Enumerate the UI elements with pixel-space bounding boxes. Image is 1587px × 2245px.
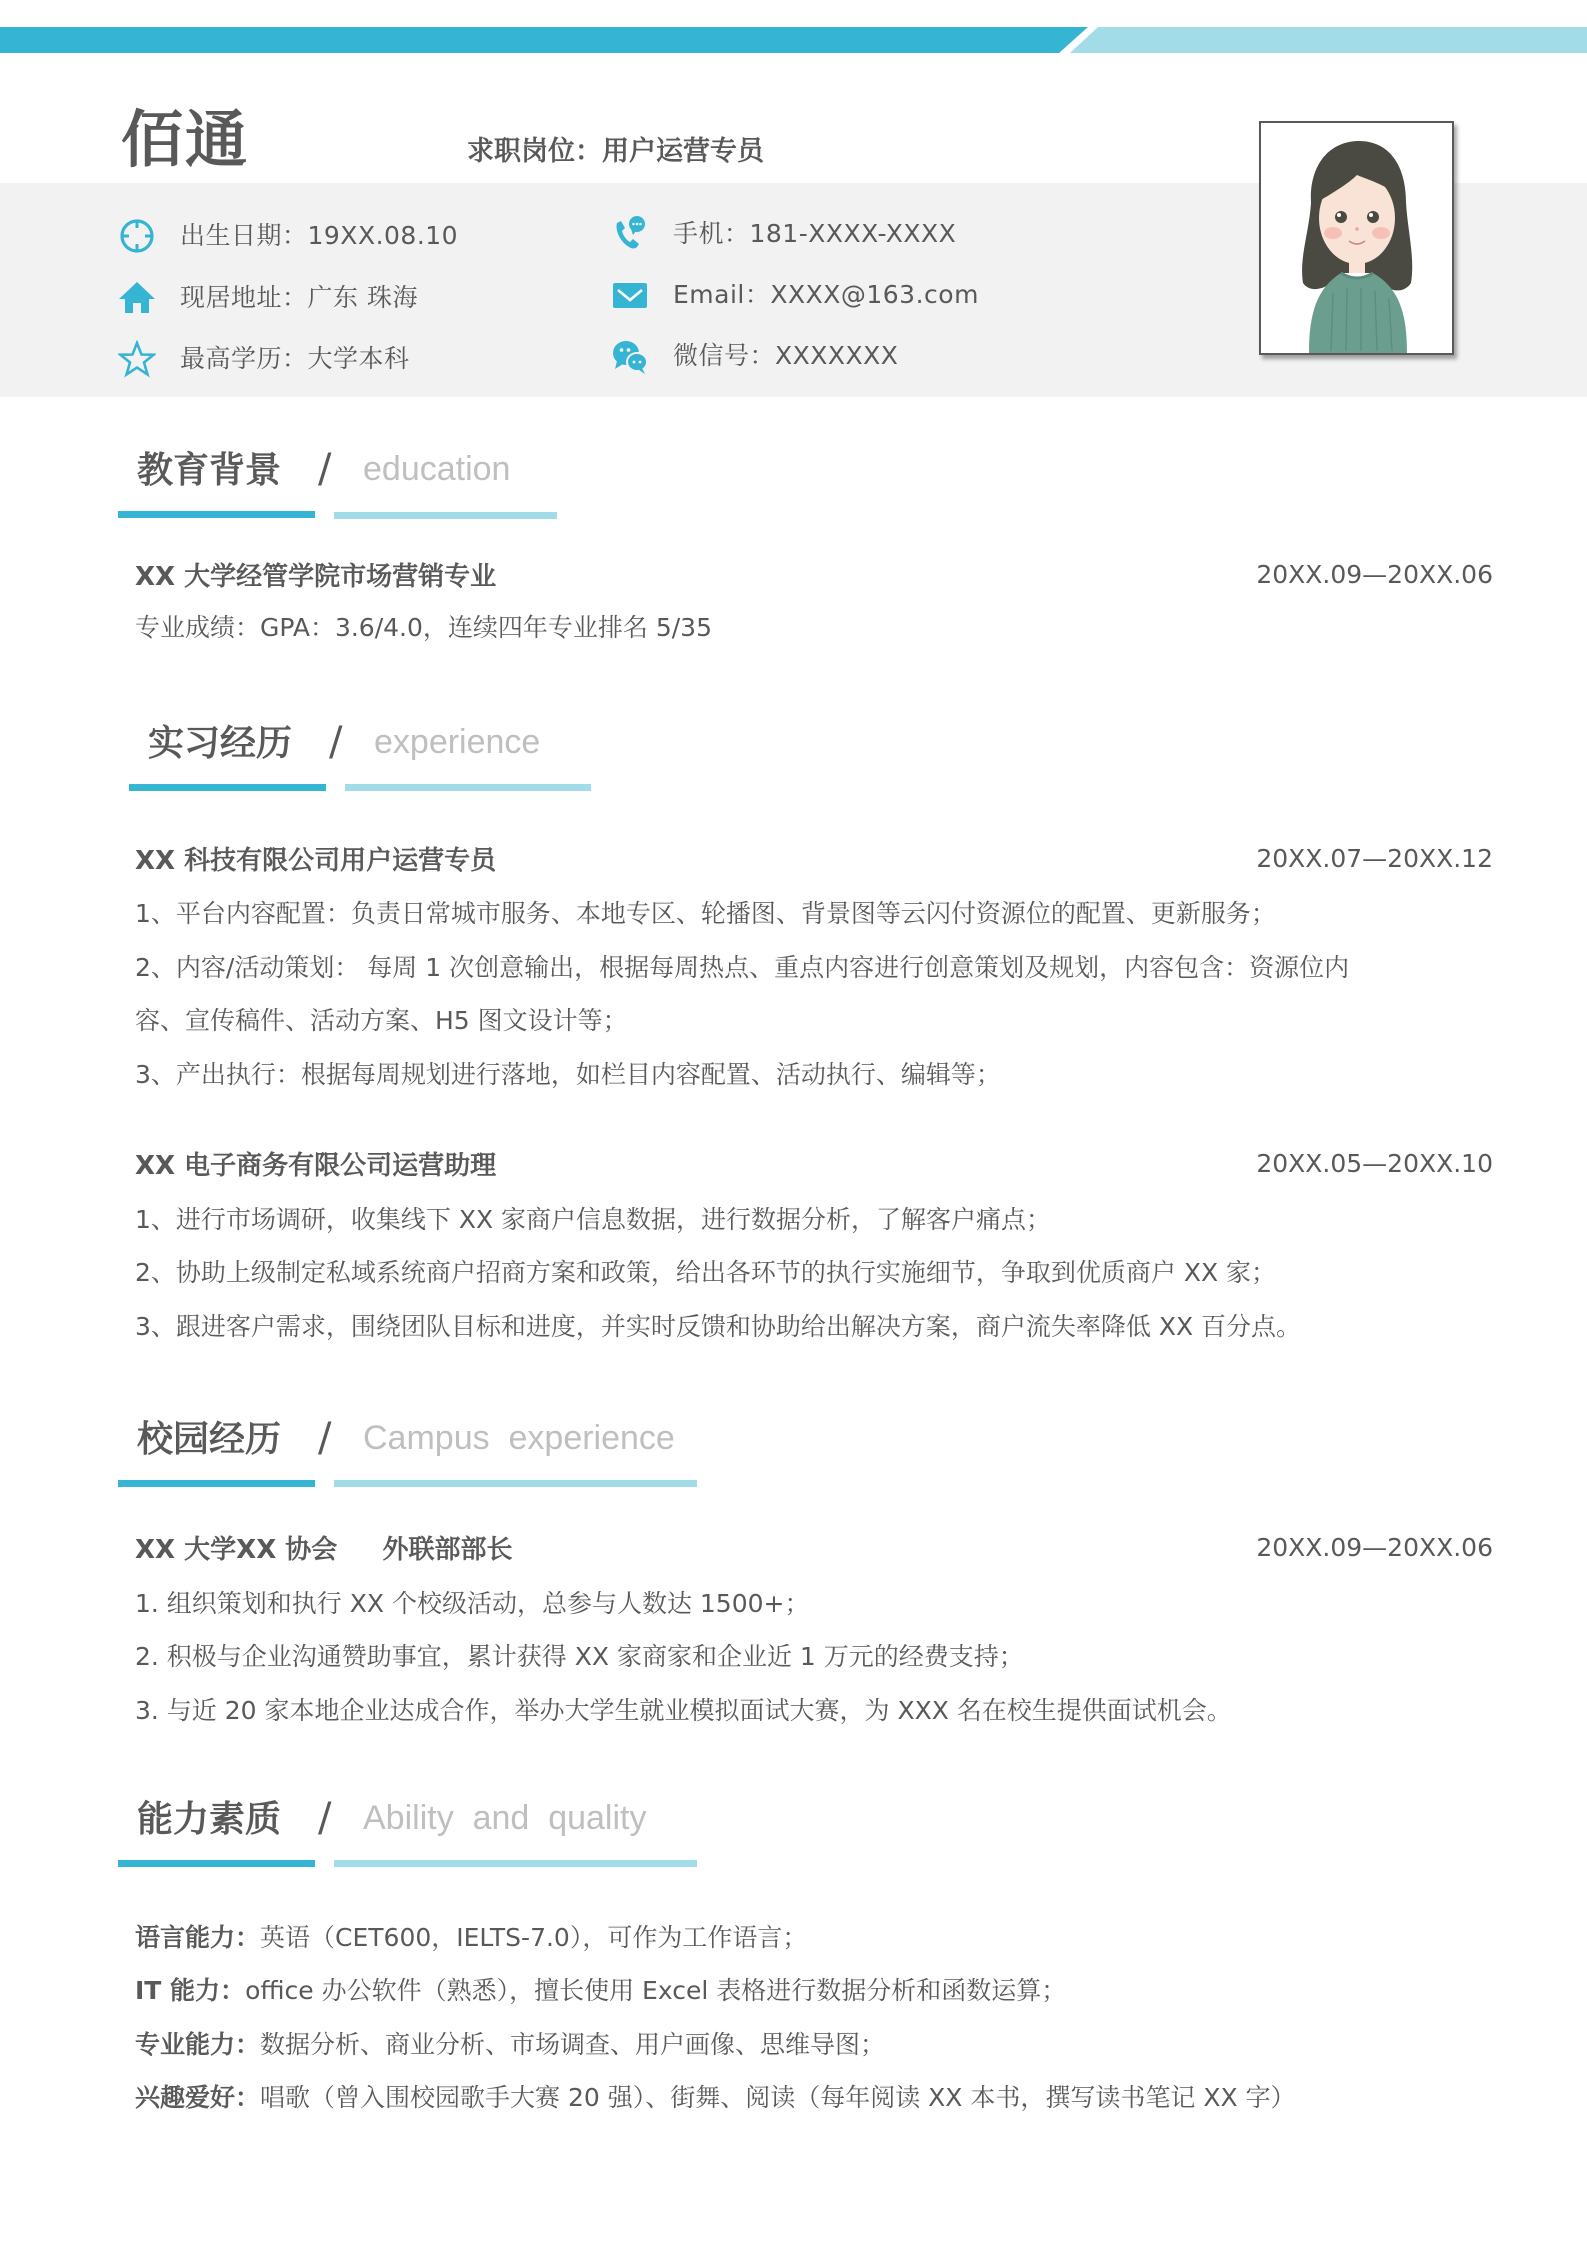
info-wechat-text: 微信号：XXXXXXX <box>673 336 898 376</box>
top-accent-bar <box>0 27 1088 53</box>
mail-icon <box>611 276 649 314</box>
ability-text: 英语（CET600，IELTS-7.0），可作为工作语言； <box>260 1923 807 1952</box>
campus-entry-title: XX 大学XX 协会 外联部部长 <box>135 1532 513 1568</box>
section-underline <box>118 511 315 518</box>
section-divider-slash: / <box>329 717 342 767</box>
section-underline-light <box>334 1480 697 1487</box>
ability-item-hobbies: 兴趣爱好：唱歌（曾入围校园歌手大赛 20 强）、街舞、阅读（每年阅读 XX 本书… <box>135 2080 1296 2116</box>
info-phone-text: 手机：181-XXXX-XXXX <box>673 214 956 254</box>
section-title-education: 教育背景 <box>137 446 281 496</box>
experience-entry-title: XX 电子商务有限公司运营助理 <box>135 1148 496 1184</box>
section-subtitle-ability: Ability and quality <box>363 1793 647 1843</box>
info-birthdate: 出生日期：19XX.08.10 <box>118 216 458 256</box>
profile-photo <box>1259 121 1454 355</box>
experience-detail-line: 容、宣传稿件、活动方案、H5 图文设计等； <box>135 1003 628 1039</box>
info-address-text: 现居地址：广东 珠海 <box>180 278 418 318</box>
ability-text: office 办公软件（熟悉），擅长使用 Excel 表格进行数据分析和函数运算… <box>245 1976 1066 2005</box>
experience-detail-line: 2、内容/活动策划： 每周 1 次创意输出，根据每周热点、重点内容进行创意策划及… <box>135 950 1349 986</box>
education-entry-title: XX 大学经管学院市场营销专业 <box>135 559 496 595</box>
info-education-level: 最高学历：大学本科 <box>118 339 410 379</box>
avatar-illustration <box>1261 123 1452 353</box>
section-subtitle-campus: Campus experience <box>363 1413 675 1463</box>
info-education-level-text: 最高学历：大学本科 <box>180 339 410 379</box>
ability-text: 数据分析、商业分析、市场调查、用户画像、思维导图； <box>260 2030 885 2059</box>
section-title-campus: 校园经历 <box>137 1415 281 1465</box>
ability-label: IT 能力： <box>135 1976 245 2005</box>
section-underline <box>129 784 326 791</box>
section-underline-light <box>334 1860 697 1867</box>
info-wechat: 微信号：XXXXXXX <box>611 336 898 376</box>
section-divider-slash: / <box>318 1793 331 1843</box>
section-subtitle-experience: experience <box>374 717 540 767</box>
home-icon <box>118 279 156 317</box>
top-accent-bar-light <box>1070 27 1587 53</box>
experience-detail-line: 2、协助上级制定私域系统商户招商方案和政策，给出各环节的执行实施细节，争取到优质… <box>135 1255 1276 1291</box>
campus-entry-date: 20XX.09—20XX.06 <box>1256 1530 1493 1566</box>
section-title-experience: 实习经历 <box>148 719 292 769</box>
experience-detail-line: 3、产出执行：根据每周规划进行落地，如栏目内容配置、活动执行、编辑等； <box>135 1057 1001 1093</box>
ability-item-language: 语言能力：英语（CET600，IELTS-7.0），可作为工作语言； <box>135 1920 807 1956</box>
info-birthdate-text: 出生日期：19XX.08.10 <box>180 216 458 256</box>
campus-detail-line: 3. 与近 20 家本地企业达成合作，举办大学生就业模拟面试大赛，为 XXX 名… <box>135 1693 1232 1729</box>
info-email: Email：XXXX@163.com <box>611 275 979 315</box>
experience-entry-date: 20XX.07—20XX.12 <box>1256 841 1493 877</box>
crosshair-icon <box>118 217 156 255</box>
info-address: 现居地址：广东 珠海 <box>118 278 418 318</box>
experience-detail-line: 3、跟进客户需求，围绕团队目标和进度，并实时反馈和协助给出解决方案，商户流失率降… <box>135 1309 1301 1345</box>
experience-entry-date: 20XX.05—20XX.10 <box>1256 1146 1493 1182</box>
experience-detail-line: 1、进行市场调研，收集线下 XX 家商户信息数据，进行数据分析，了解客户痛点； <box>135 1202 1051 1238</box>
education-entry-date: 20XX.09—20XX.06 <box>1256 557 1493 593</box>
candidate-name: 佰通 <box>121 100 249 180</box>
campus-detail-line: 1. 组织策划和执行 XX 个校级活动，总参与人数达 1500+； <box>135 1586 809 1622</box>
job-objective: 求职岗位：用户运营专员 <box>467 134 764 170</box>
ability-label: 语言能力： <box>135 1923 260 1952</box>
ability-label: 专业能力： <box>135 2030 260 2059</box>
section-divider-slash: / <box>318 444 331 494</box>
section-underline-light <box>334 512 557 519</box>
ability-text: 唱歌（曾入围校园歌手大赛 20 强）、街舞、阅读（每年阅读 XX 本书，撰写读书… <box>260 2083 1296 2112</box>
info-email-text: Email：XXXX@163.com <box>673 275 979 315</box>
education-detail: 专业成绩：GPA：3.6/4.0，连续四年专业排名 5/35 <box>135 610 712 646</box>
section-underline <box>118 1480 315 1487</box>
section-subtitle-education: education <box>363 444 510 494</box>
section-title-ability: 能力素质 <box>137 1795 281 1845</box>
ability-label: 兴趣爱好： <box>135 2083 260 2112</box>
section-divider-slash: / <box>318 1413 331 1463</box>
ability-item-professional: 专业能力：数据分析、商业分析、市场调查、用户画像、思维导图； <box>135 2027 885 2063</box>
info-phone: 手机：181-XXXX-XXXX <box>611 214 956 254</box>
star-icon <box>118 340 156 378</box>
ability-item-it: IT 能力：office 办公软件（熟悉），擅长使用 Excel 表格进行数据分… <box>135 1973 1066 2009</box>
phone-icon <box>611 215 649 253</box>
section-underline <box>118 1860 315 1867</box>
wechat-icon <box>611 337 649 375</box>
campus-detail-line: 2. 积极与企业沟通赞助事宜，累计获得 XX 家商家和企业近 1 万元的经费支持… <box>135 1639 1024 1675</box>
section-underline-light <box>345 784 591 791</box>
experience-detail-line: 1、平台内容配置：负责日常城市服务、本地专区、轮播图、背景图等云闪付资源位的配置… <box>135 896 1276 932</box>
experience-entry-title: XX 科技有限公司用户运营专员 <box>135 843 496 879</box>
